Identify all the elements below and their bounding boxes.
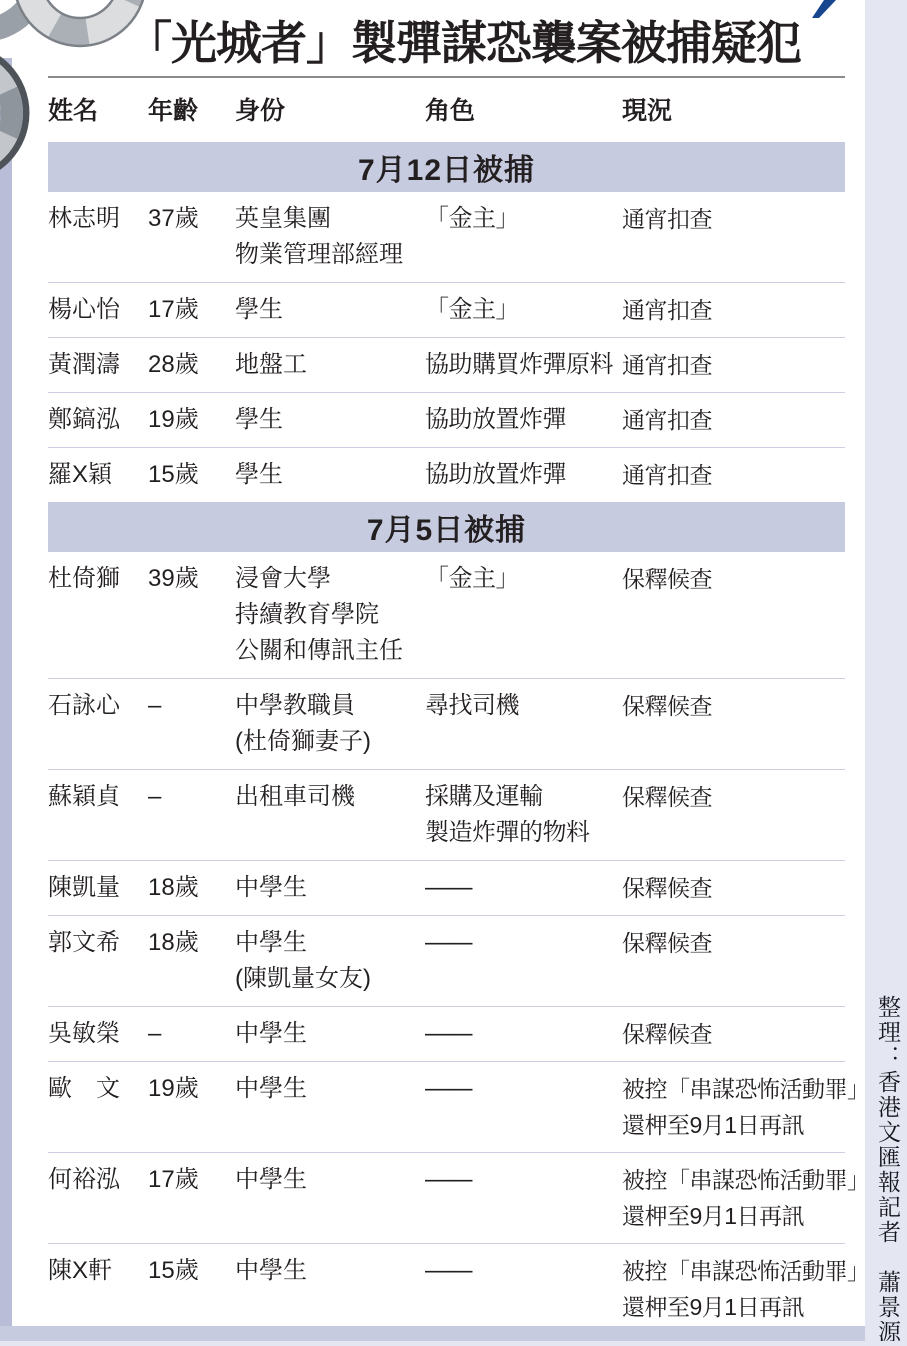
cell-identity: 中學生 (235, 870, 425, 906)
cell-name: 陳凱量 (48, 870, 148, 906)
cell-role: —— (425, 870, 622, 906)
cell-role: 「金主」 (425, 201, 622, 273)
credit-vertical-text: 整理：香港文匯報記者 蕭景源 (868, 995, 906, 1345)
infographic-root: 「光城者」製彈謀恐襲案被捕疑犯 姓名 年齡 身份 角色 現況 7月12日被捕林志… (0, 0, 907, 1346)
cell-age: 17歲 (148, 1162, 235, 1234)
cell-identity: 英皇集團 物業管理部經理 (235, 201, 425, 273)
cell-role: 協助放置炸彈 (425, 457, 622, 493)
cell-age: 19歲 (148, 402, 235, 438)
cell-status: 被控「串謀恐怖活動罪」 還柙至9月1日再訊 (622, 1162, 870, 1234)
cell-name: 蘇穎貞 (48, 779, 148, 851)
section-rows: 林志明37歲英皇集團 物業管理部經理「金主」通宵扣查楊心怡17歲學生「金主」通宵… (48, 192, 845, 502)
cell-identity: 中學生 (235, 1071, 425, 1143)
cell-role: —— (425, 1016, 622, 1052)
cell-name: 黃潤濤 (48, 347, 148, 383)
cell-status: 保釋候查 (622, 561, 845, 669)
cell-age: – (148, 1016, 235, 1052)
column-header-role: 角色 (425, 91, 622, 127)
cell-status: 保釋候查 (622, 870, 845, 906)
bottom-band-light (0, 1341, 907, 1346)
cell-role: 採購及運輸 製造炸彈的物料 (425, 779, 622, 851)
section-band: 7月12日被捕 (48, 142, 845, 192)
section-rows: 杜倚獅39歲浸會大學 持續教育學院 公關和傳訊主任「金主」保釋候查石詠心–中學教… (48, 552, 845, 1334)
table-row: 石詠心–中學教職員 (杜倚獅妻子)尋找司機保釋候查 (48, 679, 845, 770)
cell-name: 何裕泓 (48, 1162, 148, 1234)
content-column: 「光城者」製彈謀恐襲案被捕疑犯 姓名 年齡 身份 角色 現況 7月12日被捕林志… (48, 0, 845, 1334)
table-row: 鄭鎬泓19歲學生協助放置炸彈通宵扣查 (48, 393, 845, 448)
cell-identity: 中學生 (陳凱量女友) (235, 925, 425, 997)
cell-status: 保釋候查 (622, 779, 845, 851)
cell-identity: 地盤工 (235, 347, 425, 383)
cell-role: —— (425, 925, 622, 997)
cell-status: 被控「串謀恐怖活動罪」 還柙至9月1日再訊 (622, 1253, 870, 1325)
cell-age: 28歲 (148, 347, 235, 383)
cell-age: – (148, 688, 235, 760)
cell-role: —— (425, 1071, 622, 1143)
cell-name: 吳敏榮 (48, 1016, 148, 1052)
cell-age: 18歲 (148, 925, 235, 997)
table-body: 7月12日被捕林志明37歲英皇集團 物業管理部經理「金主」通宵扣查楊心怡17歲學… (48, 142, 845, 1334)
table-row: 歐 文19歲中學生——被控「串謀恐怖活動罪」 還柙至9月1日再訊 (48, 1062, 845, 1153)
cell-role: 「金主」 (425, 561, 622, 669)
cell-name: 鄭鎬泓 (48, 402, 148, 438)
cell-identity: 中學生 (235, 1162, 425, 1234)
cell-identity: 學生 (235, 457, 425, 493)
cell-identity: 中學教職員 (杜倚獅妻子) (235, 688, 425, 760)
table-row: 陳凱量18歲中學生——保釋候查 (48, 861, 845, 916)
cell-role: 「金主」 (425, 292, 622, 328)
table-row: 楊心怡17歲學生「金主」通宵扣查 (48, 283, 845, 338)
cell-identity: 學生 (235, 292, 425, 328)
cell-status: 保釋候查 (622, 1016, 845, 1052)
cell-age: – (148, 779, 235, 851)
column-header-status: 現況 (622, 91, 845, 127)
table-row: 林志明37歲英皇集團 物業管理部經理「金主」通宵扣查 (48, 192, 845, 283)
cell-name: 林志明 (48, 201, 148, 273)
cell-status: 通宵扣查 (622, 402, 845, 438)
table-row: 郭文希18歲中學生 (陳凱量女友)——保釋候查 (48, 916, 845, 1007)
cell-name: 歐 文 (48, 1071, 148, 1143)
table-row: 杜倚獅39歲浸會大學 持續教育學院 公關和傳訊主任「金主」保釋候查 (48, 552, 845, 679)
cell-name: 石詠心 (48, 688, 148, 760)
column-header-identity: 身份 (235, 91, 425, 127)
cell-age: 17歲 (148, 292, 235, 328)
left-accent-strip (0, 58, 12, 1326)
cell-status: 通宵扣查 (622, 201, 845, 273)
cell-status: 被控「串謀恐怖活動罪」 還柙至9月1日再訊 (622, 1071, 870, 1143)
cell-age: 18歲 (148, 870, 235, 906)
cell-role: 協助放置炸彈 (425, 402, 622, 438)
cell-identity: 出租車司機 (235, 779, 425, 851)
cell-role: —— (425, 1162, 622, 1234)
cell-name: 羅X穎 (48, 457, 148, 493)
column-header-age: 年齡 (148, 91, 235, 127)
cell-role: 尋找司機 (425, 688, 622, 760)
table-row: 何裕泓17歲中學生——被控「串謀恐怖活動罪」 還柙至9月1日再訊 (48, 1153, 845, 1244)
table-row: 陳X軒15歲中學生——被控「串謀恐怖活動罪」 還柙至9月1日再訊 (48, 1244, 845, 1334)
cell-name: 郭文希 (48, 925, 148, 997)
cell-identity: 中學生 (235, 1016, 425, 1052)
cell-name: 杜倚獅 (48, 561, 148, 669)
cell-age: 15歲 (148, 1253, 235, 1325)
cell-status: 通宵扣查 (622, 347, 845, 383)
column-header-name: 姓名 (48, 91, 148, 127)
cell-identity: 浸會大學 持續教育學院 公關和傳訊主任 (235, 561, 425, 669)
cell-name: 楊心怡 (48, 292, 148, 328)
column-headers: 姓名 年齡 身份 角色 現況 (48, 78, 845, 142)
cell-age: 39歲 (148, 561, 235, 669)
cell-age: 19歲 (148, 1071, 235, 1143)
table-row: 蘇穎貞–出租車司機採購及運輸 製造炸彈的物料保釋候查 (48, 770, 845, 861)
cell-identity: 學生 (235, 402, 425, 438)
page-title: 「光城者」製彈謀恐襲案被捕疑犯 (126, 16, 845, 70)
cell-name: 陳X軒 (48, 1253, 148, 1325)
cell-status: 通宵扣查 (622, 292, 845, 328)
cell-role: 協助購買炸彈原料 (425, 347, 622, 383)
cell-role: —— (425, 1253, 622, 1325)
table-row: 吳敏榮–中學生——保釋候查 (48, 1007, 845, 1062)
cell-status: 保釋候查 (622, 925, 845, 997)
cell-identity: 中學生 (235, 1253, 425, 1325)
cell-status: 通宵扣查 (622, 457, 845, 493)
table-row: 羅X穎15歲學生協助放置炸彈通宵扣查 (48, 448, 845, 502)
cell-age: 15歲 (148, 457, 235, 493)
cell-status: 保釋候查 (622, 688, 845, 760)
bottom-band (0, 1326, 865, 1341)
section-band: 7月5日被捕 (48, 502, 845, 552)
cell-age: 37歲 (148, 201, 235, 273)
table-row: 黃潤濤28歲地盤工協助購買炸彈原料通宵扣查 (48, 338, 845, 393)
